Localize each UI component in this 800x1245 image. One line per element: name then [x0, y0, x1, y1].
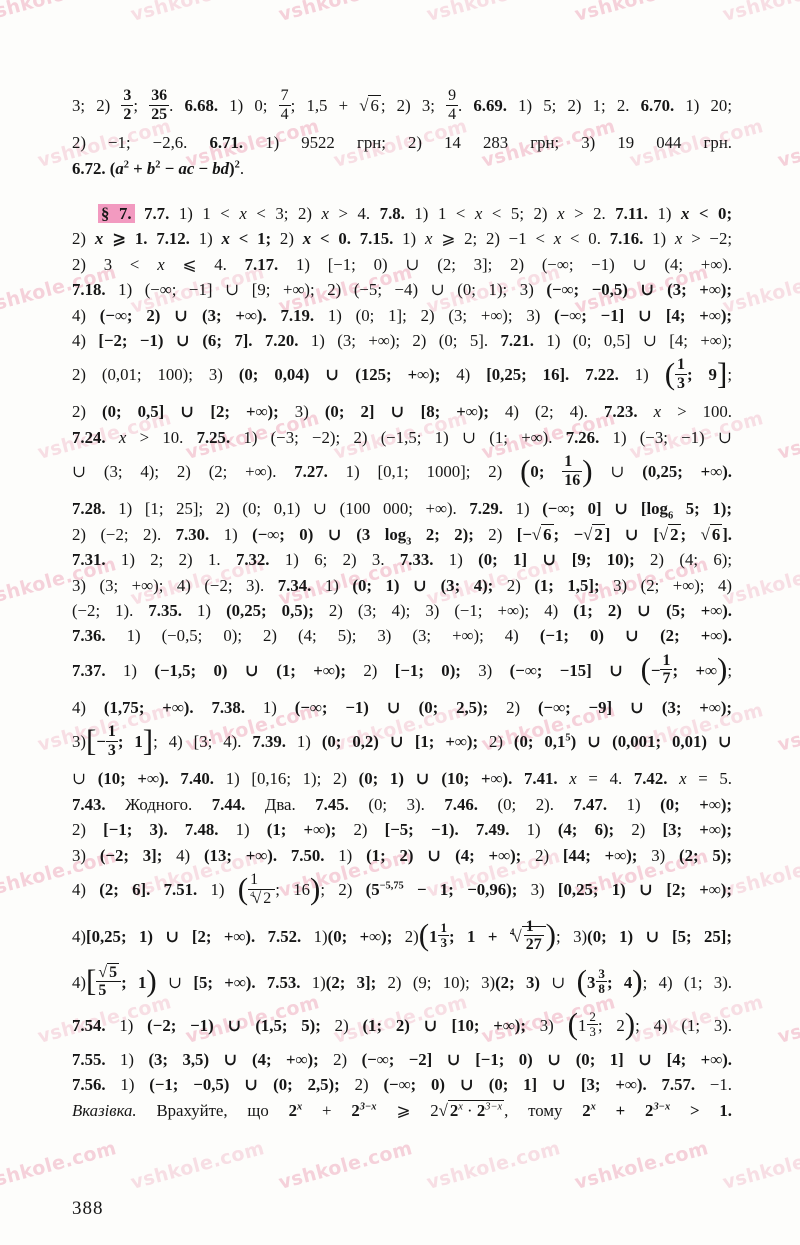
- text-line: 4) (2; 6]. 7.51. 1) (14√2; 16); 2) (5−5,…: [72, 868, 732, 915]
- text-line: 4)[√55; 1) ∪ [5; +∞). 7.53. 1)(2; 3]; 2)…: [72, 961, 732, 1007]
- watermark-text: vshkole.com: [0, 1137, 119, 1194]
- watermark-text: vshkole.com: [720, 1137, 800, 1194]
- watermark-text: vshkole.com: [128, 1137, 267, 1194]
- watermark-text: vshkole.com: [720, 261, 800, 318]
- watermark-text: vshkole.com: [424, 1137, 563, 1194]
- watermark-text: vshkole.com: [276, 0, 415, 26]
- watermark-text: vshkole.com: [775, 991, 800, 1048]
- text-line: 2) x ⩾ 1. 7.12. 1) x < 1; 2) x < 0. 7.15…: [72, 226, 732, 251]
- text-line: 2) 3 < x ⩽ 4. 7.17. 1) [−1; 0) ∪ (2; 3];…: [72, 252, 732, 277]
- text-line: 7.31. 1) 2; 2) 1. 7.32. 1) 6; 2) 3. 7.33…: [72, 547, 732, 572]
- text-line: 2) (0; 0,5] ∪ [2; +∞); 3) (0; 2] ∪ [8; +…: [72, 399, 732, 424]
- watermark-text: vshkole.com: [720, 0, 800, 26]
- text-line: 4) (−∞; 2) ∪ (3; +∞). 7.19. 1) (0; 1]; 2…: [72, 303, 732, 328]
- book-page: vshkole.comvshkole.comvshkole.comvshkole…: [0, 0, 800, 1245]
- watermark-text: vshkole.com: [276, 1137, 415, 1194]
- text-line: 7.36. 1) (−0,5; 0); 2) (4; 5); 3) (3; +∞…: [72, 623, 732, 648]
- text-line: 2) (0,01; 100); 3) (0; 0,04) ∪ (125; +∞)…: [72, 353, 732, 399]
- text-line: 3; 2) 32; 3625. 6.68. 1) 0; 74; 1,5 + √6…: [72, 84, 732, 130]
- text-line: 7.55. 1) (3; 3,5) ∪ (4; +∞); 2) (−∞; −2]…: [72, 1047, 732, 1072]
- text-line: (−2; 1). 7.35. 1) (0,25; 0,5); 2) (3; 4)…: [72, 598, 732, 623]
- page-number: 388: [72, 1198, 104, 1220]
- watermark-text: vshkole.com: [0, 0, 119, 26]
- text-line: 2) (−2; 2). 7.30. 1) (−∞; 0) ∪ (3 log3 2…: [72, 522, 732, 547]
- text-line: 7.43. Жодного. 7.44. Два. 7.45. (0; 3). …: [72, 792, 732, 817]
- text-line: 3)[−13; 1]; 4) [3; 4). 7.39. 1) (0; 0,2)…: [72, 720, 732, 766]
- text-line: ∪ (3; 4); 2) (2; +∞). 7.27. 1) [0,1; 100…: [72, 450, 732, 496]
- text-line: 7.56. 1) (−1; −0,5) ∪ (0; 2,5); 2) (−∞; …: [72, 1072, 732, 1097]
- text-line: 2) −1; −2,6. 6.71. 1) 9522 грн; 2) 14 28…: [72, 130, 732, 155]
- text-line: 7.37. 1) (−1,5; 0) ∪ (1; +∞); 2) [−1; 0)…: [72, 649, 732, 695]
- text-line: 4) [−2; −1) ∪ (6; 7]. 7.20. 1) (3; +∞); …: [72, 328, 732, 353]
- text-line: 6.72. (a2 + b2 − ac − bd)2.: [72, 156, 732, 181]
- text-line: 4)[0,25; 1) ∪ [2; +∞). 7.52. 1)(0; +∞); …: [72, 915, 732, 961]
- watermark-text: vshkole.com: [572, 1137, 711, 1194]
- watermark-text: vshkole.com: [775, 407, 800, 464]
- text-line: § 7. 7.7. 1) 1 < x < 3; 2) x > 4. 7.8. 1…: [72, 201, 732, 226]
- watermark-text: vshkole.com: [424, 0, 563, 26]
- text-line: ∪ (10; +∞). 7.40. 1) [0,16; 1); 2) (0; 1…: [72, 766, 732, 791]
- watermark-text: vshkole.com: [720, 845, 800, 902]
- watermark-text: vshkole.com: [128, 0, 267, 26]
- watermark-text: vshkole.com: [775, 699, 800, 756]
- watermark-text: vshkole.com: [720, 553, 800, 610]
- watermark-text: vshkole.com: [775, 115, 800, 172]
- text-line: 3) (3; +∞); 4) (−2; 3). 7.34. 1) (0; 1) …: [72, 573, 732, 598]
- content-area: 3; 2) 32; 3625. 6.68. 1) 0; 74; 1,5 + √6…: [72, 84, 732, 1123]
- text-line: 7.28. 1) [1; 25]; 2) (0; 0,1) ∪ (100 000…: [72, 496, 732, 521]
- text-line: 7.18. 1) (−∞; −1] ∪ [9; +∞); 2) (−5; −4)…: [72, 277, 732, 302]
- text-line: Вказівка. Врахуйте, що 2x + 23−x ⩾ 2√2x …: [72, 1098, 732, 1123]
- watermark-text: vshkole.com: [572, 0, 711, 26]
- text-line: 2) [−1; 3). 7.48. 1) (1; +∞); 2) [−5; −1…: [72, 817, 732, 842]
- text-line: 4) (1,75; +∞). 7.38. 1) (−∞; −1) ∪ (0; 2…: [72, 695, 732, 720]
- text-line: 3) (−2; 3]; 4) (13; +∞). 7.50. 1) (1; 2)…: [72, 843, 732, 868]
- text-line: 7.54. 1) (−2; −1) ∪ (1,5; 5); 2) (1; 2) …: [72, 1007, 732, 1047]
- text-line: 7.24. x > 10. 7.25. 1) (−3; −2); 2) (−1,…: [72, 425, 732, 450]
